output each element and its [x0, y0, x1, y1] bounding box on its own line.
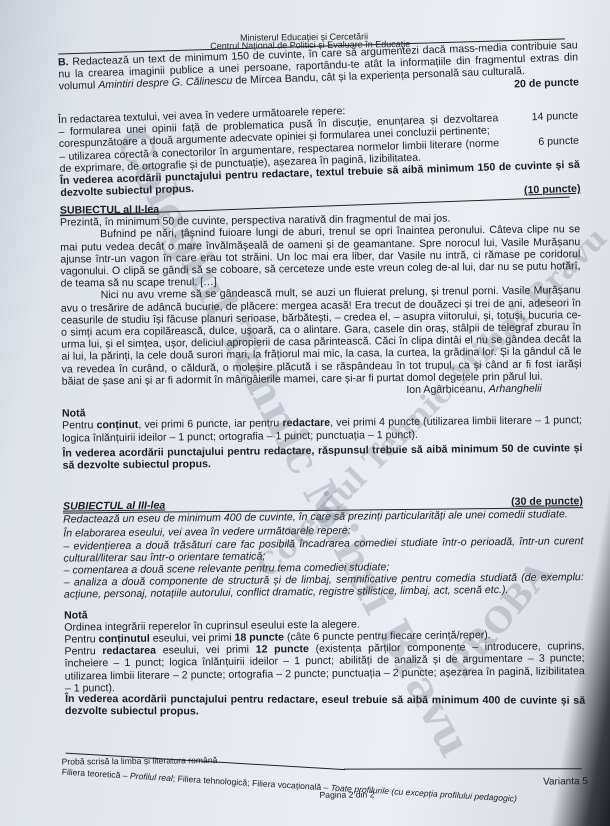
track-text: Filiera teoretică –	[61, 767, 127, 781]
prompt-emphasis: particularități	[385, 510, 445, 523]
excerpt-paragraph-2: Nici nu avu vreme să se gândească mult, …	[61, 285, 582, 388]
note-bold: redactarea	[102, 645, 156, 658]
subject3-title: SUBIECTUL al III-lea	[63, 500, 165, 513]
requirement-3: – analiza a două componente de structură…	[64, 571, 584, 601]
exam-page: Ministerul Educației și Cercetării Centr…	[40, 27, 583, 823]
note-text: Pentru	[64, 645, 95, 657]
work-title: Arhanghelii	[489, 383, 542, 396]
prompt-text: Redactează un eseu de minimum 400 de cuv…	[63, 510, 382, 525]
note-text: eseului, vei primi	[153, 632, 232, 645]
note-bold: conținutul	[98, 633, 149, 646]
subject3-points: (30 de puncte)	[511, 495, 583, 508]
author: Ion Agârbiceanu,	[406, 383, 486, 396]
note-text: eseului, vei primi	[163, 644, 249, 657]
note-bold: 18 puncte	[234, 631, 284, 644]
word-count-warning: În vederea acordării punctajului pentru …	[65, 693, 585, 719]
subject2-note: Pentru conținut, vei primi 6 puncte, iar…	[62, 415, 582, 445]
prompt-text: ale unei comedii studiate.	[448, 509, 568, 522]
note-bold: 12 puncte	[256, 643, 309, 656]
subject1b-guidelines: În redactarea textului, vei avea în vede…	[58, 98, 581, 212]
note-text: Pentru	[64, 633, 95, 645]
note-text: Pentru	[62, 420, 93, 432]
note-bold: redactare	[282, 417, 330, 429]
excerpt-paragraph-1: Bufnind pe nări, țâșnind fuioare lungi d…	[60, 224, 581, 290]
note-bold: conținut	[96, 419, 138, 431]
subject2: SUBIECTUL al II-lea Prezintă, în minimum…	[60, 199, 583, 472]
note-redactare: Pentru redactarea eseului, vei primi 12 …	[64, 640, 584, 694]
word-count-warning: În vederea acordării punctajului pentru …	[62, 442, 582, 472]
exam-name: Probă scrisă la limba și literatura româ…	[62, 751, 592, 767]
item-label: B.	[58, 56, 69, 68]
requirement-1-points: 14 puncte	[532, 110, 579, 136]
requirement-2-points: 6 puncte	[538, 134, 579, 160]
subject1b-prompt: B. Redactează un text de minimum 150 de …	[58, 39, 579, 105]
footer: Probă scrisă la limba și literatura româ…	[62, 751, 592, 803]
subject3: SUBIECTUL al III-lea (30 de puncte) Reda…	[63, 495, 585, 721]
